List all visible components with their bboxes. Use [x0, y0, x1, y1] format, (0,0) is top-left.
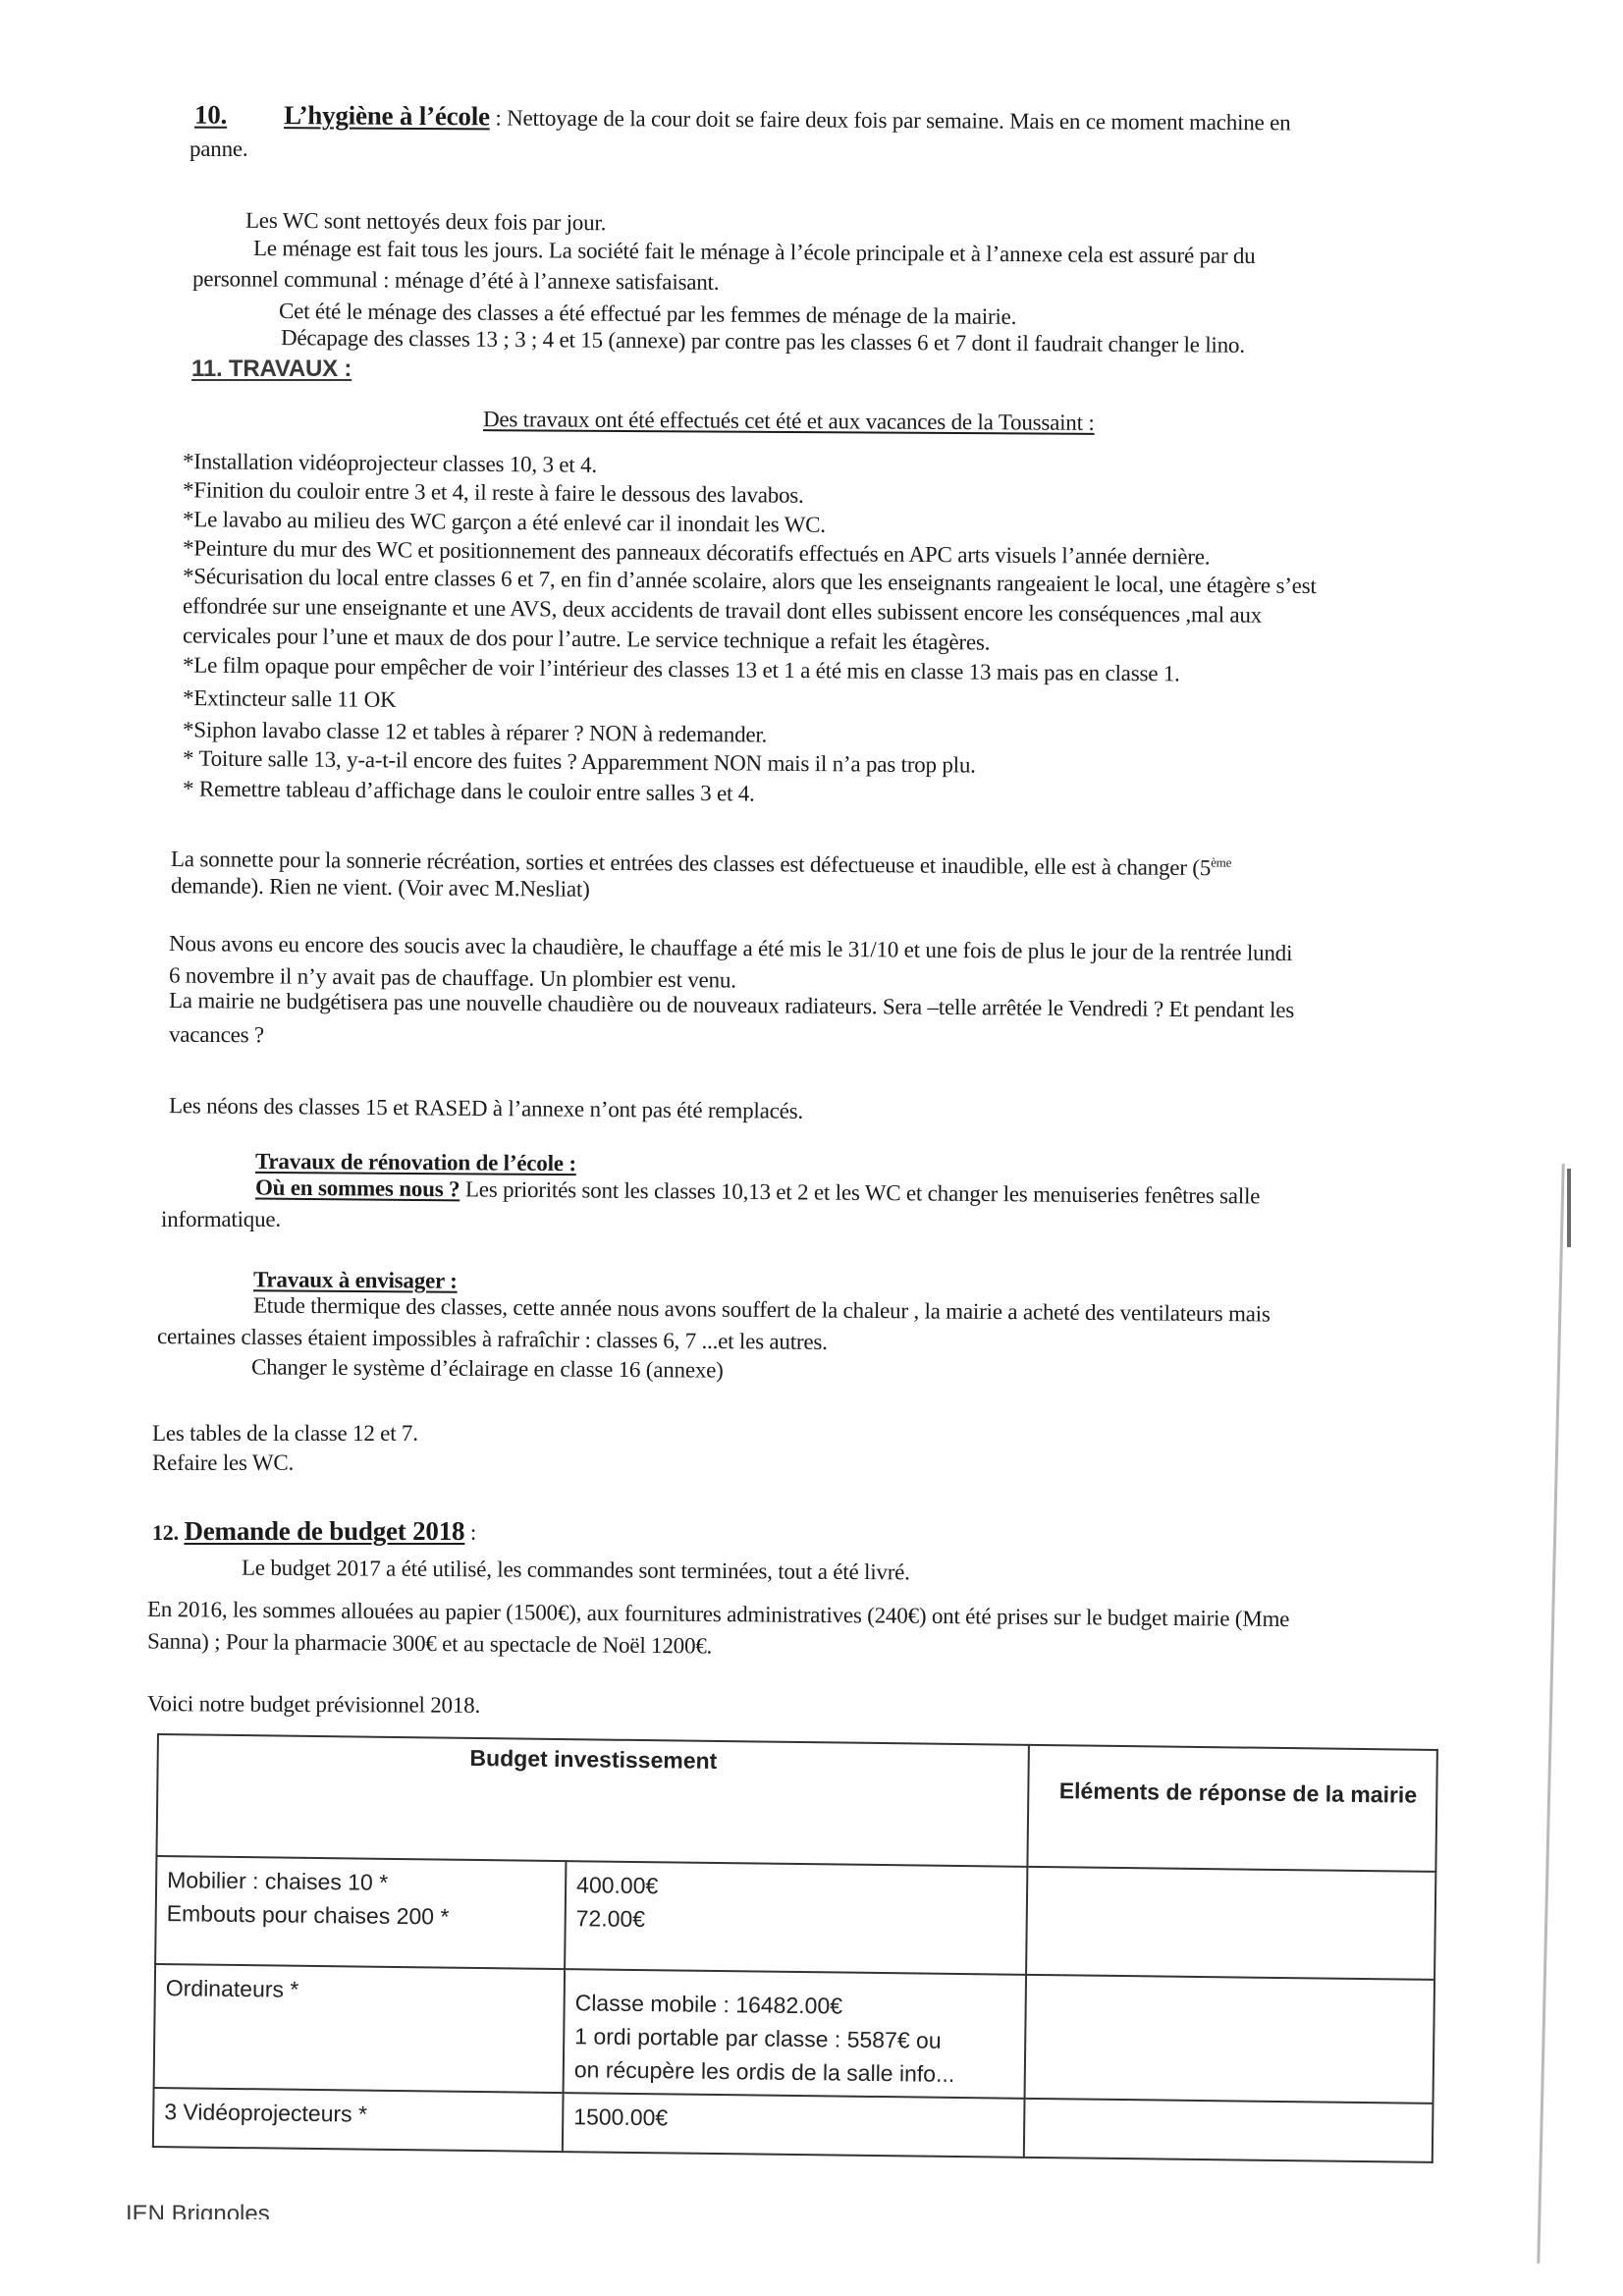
response-cell: [1024, 2099, 1433, 2162]
section10-intro: : Nettoyage de la cour doit se faire deu…: [490, 105, 1291, 135]
section10-line-personnel: personnel communal : ménage d’été à l’an…: [192, 265, 720, 297]
section10-intro-cont: panne.: [189, 136, 247, 163]
section10-line-wc: Les WC sont nettoyés deux fois par jour.: [245, 207, 606, 238]
travaux-item: *Finition du couloir entre 3 et 4, il re…: [183, 476, 804, 510]
section12-heading: 12. Demande de budget 2018 :: [152, 1517, 476, 1547]
item-text: Embouts pour chaises 200 *: [167, 1896, 555, 1935]
section12-colon: :: [464, 1520, 476, 1545]
year2016-line: Sanna) ; Pour la pharmacie 300€ et au sp…: [147, 1627, 712, 1660]
envisager-title: Travaux à envisager :: [253, 1266, 458, 1294]
header-response-mairie: Eléments de réponse de la mairie: [1028, 1745, 1437, 1872]
travaux-item: * Remettre tableau d’affichage dans le c…: [183, 775, 755, 807]
travaux-item: *Installation vidéoprojecteur classes 10…: [183, 448, 597, 479]
envisager-line: Changer le système d’éclairage en classe…: [251, 1353, 724, 1384]
travaux-item: * Toiture salle 13, y-a-t-il encore des …: [183, 744, 976, 779]
renovation-text: Les priorités sont les classes 10,13 et …: [460, 1176, 1260, 1208]
budget-table: Budget investissement Eléments de répons…: [152, 1733, 1438, 2163]
section10-number: 10.: [194, 100, 227, 130]
amount-text: on récupère les ordis de la salle info..…: [574, 2052, 1015, 2091]
section10-heading-line: 10.L’hygiène à l’école : Nettoyage de la…: [194, 101, 1291, 137]
amount-text: Classe mobile : 16482.00€: [574, 1986, 1015, 2024]
section10-title: L’hygiène à l’école: [284, 100, 490, 131]
amount-text: 400.00€: [576, 1868, 1017, 1906]
item-text: 3 Vidéoprojecteurs *: [164, 2095, 552, 2133]
amount-text: 72.00€: [576, 1901, 1017, 1940]
section12-title: Demande de budget 2018: [184, 1516, 464, 1546]
footer-ien-brignoles: IEN Brignoles: [126, 2200, 270, 2219]
item-cell: 3 Vidéoprojecteurs *: [153, 2088, 564, 2152]
renovation-line: Où en sommes nous ? Les priorités sont l…: [255, 1175, 1260, 1211]
response-cell: [1025, 1975, 1434, 2104]
section11-heading: 11. TRAVAUX :: [191, 355, 352, 383]
envisager-line: Etude thermique des classes, cette année…: [253, 1291, 1271, 1328]
item-text: Mobilier : chaises 10 *: [167, 1863, 555, 1901]
item-text: Ordinateurs *: [166, 1971, 554, 2009]
table-row: Ordinateurs * Classe mobile : 16482.00€ …: [154, 1964, 1434, 2104]
amount-text: 1500.00€: [573, 2100, 1014, 2138]
item-cell: Ordinateurs *: [154, 1964, 566, 2093]
travaux-item: *Extincteur salle 11 OK: [183, 684, 397, 714]
travaux-item: *Le film opaque pour empêcher de voir l’…: [183, 652, 1180, 688]
amount-text: 1 ordi portable par classe : 5587€ ou: [574, 2019, 1015, 2057]
table-row: Mobilier : chaises 10 * Embouts pour cha…: [155, 1856, 1435, 1980]
amount-cell: 400.00€ 72.00€: [565, 1861, 1028, 1975]
item-cell: Mobilier : chaises 10 * Embouts pour cha…: [155, 1856, 566, 1969]
section10-line-menage: Le ménage est fait tous les jours. La so…: [253, 235, 1256, 270]
heating-line: vacances ?: [169, 1021, 264, 1050]
table-header-row: Budget investissement Eléments de répons…: [156, 1734, 1436, 1872]
scan-edge-line: [1537, 1164, 1564, 2264]
forecast-line: Voici notre budget prévisionnel 2018.: [147, 1690, 480, 1720]
bell-sup: ème: [1211, 855, 1231, 870]
response-cell: [1027, 1867, 1436, 1980]
renovation-question: Où en sommes nous ?: [255, 1175, 460, 1202]
year2016-line: En 2016, les sommes allouées au papier (…: [147, 1596, 1289, 1633]
amount-cell: 1500.00€: [563, 2093, 1025, 2158]
tables-line: Les tables de la classe 12 et 7.: [152, 1420, 418, 1448]
renovation-cont: informatique.: [161, 1206, 281, 1233]
travaux-item: cervicales pour l’une et maux de dos pou…: [183, 622, 990, 656]
amount-cell: Classe mobile : 16482.00€ 1 ordi portabl…: [564, 1969, 1027, 2099]
section10-line-decapage: Décapage des classes 13 ; 3 ; 4 et 15 (a…: [281, 324, 1245, 359]
section11-subtitle: Des travaux ont été effectués cet été et…: [483, 406, 1095, 437]
travaux-item: *Siphon lavabo classe 12 et tables à rép…: [183, 716, 767, 748]
heating-line: Nous avons eu encore des soucis avec la …: [169, 930, 1292, 967]
document-page: 10.L’hygiène à l’école : Nettoyage de la…: [0, 0, 1623, 2296]
envisager-line: certaines classes étaient impossibles à …: [157, 1323, 828, 1356]
heating-line: La mairie ne budgétisera pas une nouvell…: [169, 987, 1294, 1024]
wc-line: Refaire les WC.: [152, 1449, 294, 1477]
scan-edge-mark: [1567, 1169, 1571, 1247]
header-budget-investissement: Budget investissement: [156, 1734, 1029, 1867]
neons-line: Les néons des classes 15 et RASED à l’an…: [169, 1092, 803, 1125]
section12-number: 12.: [152, 1520, 179, 1545]
budget-used-line: Le budget 2017 a été utilisé, les comman…: [242, 1555, 910, 1587]
travaux-item: *Le lavabo au milieu des WC garçon a été…: [183, 506, 826, 539]
renovation-title: Travaux de rénovation de l’école :: [255, 1148, 576, 1177]
bell-line-2: demande). Rien ne vient. (Voir avec M.Ne…: [171, 872, 590, 903]
